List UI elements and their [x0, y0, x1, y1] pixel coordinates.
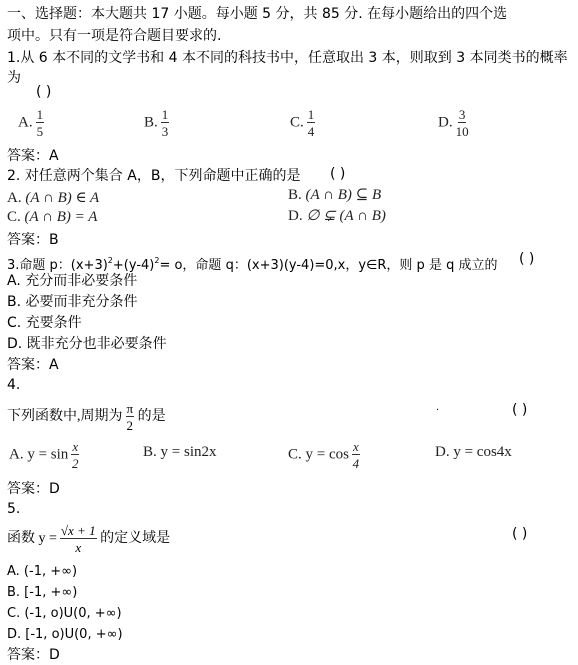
q3-option-c: C. 充要条件: [7, 313, 82, 333]
denominator: 2: [127, 417, 134, 432]
stem-part: = o，命题 q：(x+3)(y-4)=0,x，y∈R，则 p 是 q 成立的: [159, 258, 497, 273]
q3-option-a: A. 充分而非必要条件: [7, 271, 137, 291]
q1-answer-blank: ( ): [36, 84, 51, 100]
option-text: ∅ ⊊ (A ∩ B): [306, 208, 386, 224]
q4-option-b: B. y = sin2x: [143, 444, 216, 461]
numerator: 1: [307, 108, 316, 123]
q4-option-d: D. y = cos4x: [435, 444, 512, 461]
q1-option-c: C.14: [290, 108, 315, 138]
option-text: y = sin2x: [161, 444, 217, 460]
q1-option-a: A.15: [18, 108, 44, 138]
q2-answer-blank: ( ): [330, 166, 345, 182]
q5-answer-blank: ( ): [512, 526, 527, 542]
denominator: 3: [162, 123, 169, 138]
option-label: C.: [288, 446, 302, 462]
numerator: π: [126, 402, 135, 417]
q1-option-b: B.13: [144, 108, 169, 138]
denominator: 4: [308, 123, 315, 138]
q5-option-d: D. [-1, o)U(0, +∞): [7, 625, 123, 645]
fraction: x2: [71, 440, 79, 470]
option-text: y = cos: [306, 446, 349, 462]
q1-answer: 答案：A: [7, 146, 59, 166]
option-label: B.: [288, 187, 302, 203]
numerator: x: [352, 440, 360, 455]
q1-stem-line2: 为: [7, 68, 21, 88]
option-label: D.: [288, 208, 303, 224]
option-label: A.: [9, 446, 24, 462]
option-text: (A ∩ B) ∈ A: [25, 190, 99, 206]
fraction: 15: [36, 108, 45, 138]
option-label: A.: [7, 190, 22, 206]
q4-number: 4.: [7, 375, 20, 395]
denominator: 10: [456, 123, 469, 138]
q5-number: 5.: [7, 499, 20, 519]
stem-part: 函数 y =: [7, 531, 57, 546]
q2-option-b: B. (A ∩ B) ⊆ B: [288, 185, 381, 204]
q1-stem-line1: 1.从 6 本不同的文学书和 4 本不同的科技书中，任意取出 3 本，则取到 3…: [7, 48, 568, 68]
numerator: 1: [36, 108, 45, 123]
q3-option-d: D. 既非充分也非必要条件: [7, 334, 167, 354]
numerator: √x + 1: [60, 524, 97, 539]
fraction: 14: [307, 108, 316, 138]
option-label: C.: [7, 209, 21, 225]
q4-option-c: C. y = cosx4: [288, 440, 360, 470]
q3-answer-blank: ( ): [519, 251, 534, 267]
q3-option-b: B. 必要而非充分条件: [7, 292, 138, 312]
stem-part: 下列函数中,周期为: [7, 409, 123, 424]
q5-option-c: C. (-1, o)U(0, +∞): [7, 604, 122, 624]
fraction: 13: [161, 108, 170, 138]
q4-stem: 下列函数中,周期为π2 的是: [7, 402, 166, 432]
q2-option-d: D. ∅ ⊊ (A ∩ B): [288, 206, 386, 225]
q4-option-a: A. y = sinx2: [9, 440, 79, 470]
q2-option-c: C. (A ∩ B) = A: [7, 209, 97, 226]
stem-part: 的定义域是: [100, 531, 170, 546]
section-header-line1: 一、选择题：本大题共 17 小题。每小题 5 分，共 85 分. 在每小题给出的…: [7, 4, 507, 24]
option-label: B.: [144, 114, 158, 130]
stem-part: 的是: [138, 409, 166, 424]
denominator: x: [75, 539, 81, 554]
numerator: 3: [458, 108, 467, 123]
q2-option-a: A. (A ∩ B) ∈ A: [7, 188, 99, 207]
fraction: x4: [352, 440, 360, 470]
option-label: B.: [143, 444, 157, 460]
q2-answer: 答案：B: [7, 230, 59, 250]
q5-stem: 函数 y =√x + 1x 的定义域是: [7, 524, 170, 554]
denominator: 5: [37, 123, 44, 138]
q1-option-d: D.310: [438, 108, 469, 138]
option-text: (A ∩ B) = A: [25, 209, 98, 225]
q5-option-a: A. (-1, +∞): [7, 562, 77, 582]
option-label: A.: [18, 114, 33, 130]
q4-answer-blank: ( ): [512, 402, 527, 418]
option-label: D.: [435, 444, 450, 460]
option-label: C.: [290, 114, 304, 130]
option-text: y = sin: [27, 446, 68, 462]
q5-answer: 答案：D: [7, 645, 60, 665]
q3-answer: 答案：A: [7, 355, 59, 375]
denominator: 2: [72, 455, 79, 470]
numerator: x: [71, 440, 79, 455]
fraction: √x + 1x: [60, 524, 97, 554]
fraction: 310: [456, 108, 469, 138]
option-text: (A ∩ B) ⊆ B: [306, 187, 382, 203]
option-label: D.: [438, 114, 453, 130]
fraction: π2: [126, 402, 135, 432]
option-text: y = cos4x: [453, 444, 511, 460]
q5-option-b: B. [-1, +∞): [7, 583, 77, 603]
numerator: 1: [161, 108, 170, 123]
section-header-line2: 项中。只有一项是符合题目要求的.: [7, 26, 221, 46]
q4-dot: .: [436, 402, 439, 413]
denominator: 4: [353, 455, 360, 470]
q2-stem: 2. 对任意两个集合 A，B，下列命题中正确的是: [7, 166, 300, 186]
q4-answer: 答案：D: [7, 479, 60, 499]
